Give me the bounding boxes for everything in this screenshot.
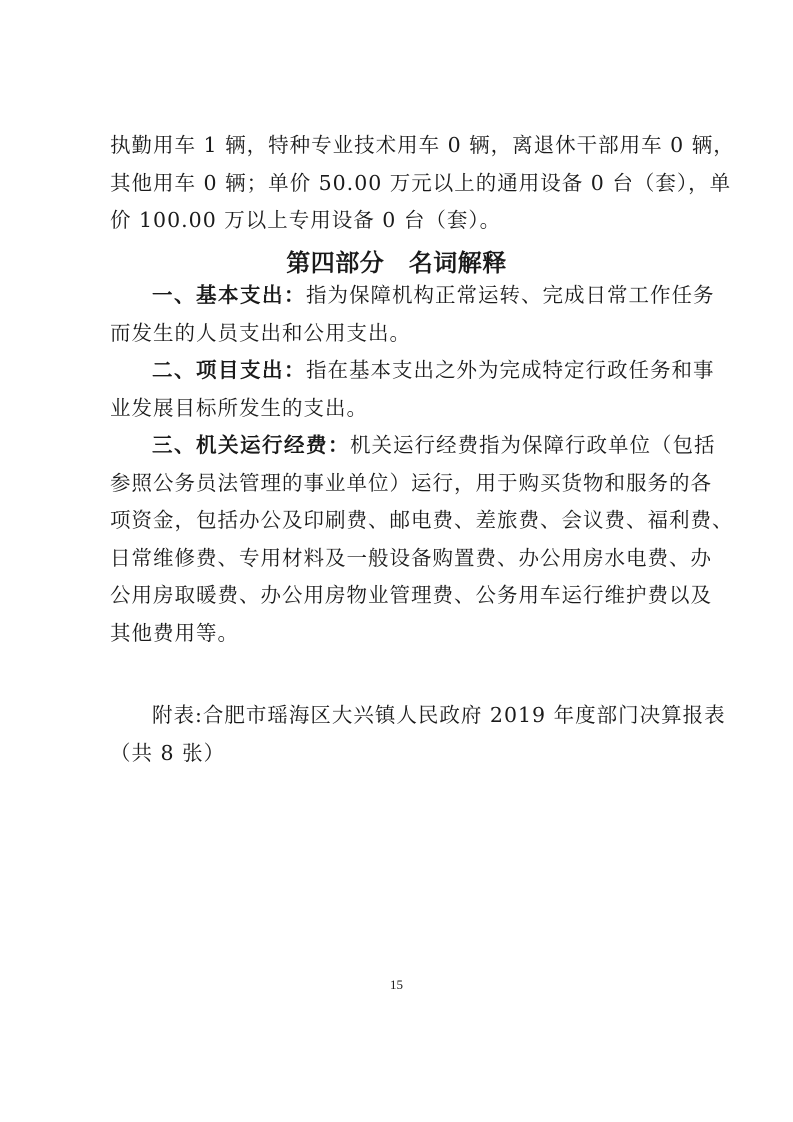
page-number: 15 bbox=[0, 976, 793, 994]
appendix-line: （共 8 张） bbox=[110, 735, 692, 773]
definition-line: 公用房取暖费、办公用房物业管理费、公务用车运行维护费以及 bbox=[110, 577, 692, 615]
paragraph-line: 价 100.00 万以上专用设备 0 台（套）。 bbox=[110, 202, 692, 240]
definition-basic-expenditure: 一、基本支出：指为保障机构正常运转、完成日常工作任务 而发生的人员支出和公用支出… bbox=[110, 277, 692, 352]
definition-operating-expenses: 三、机关运行经费：机关运行经费指为保障行政单位（包括 参照公务员法管理的事业单位… bbox=[110, 427, 692, 652]
document-page: 执勤用车 1 辆，特种专业技术用车 0 辆，离退休干部用车 0 辆， 其他用车 … bbox=[0, 0, 793, 1122]
appendix-note: 附表:合肥市瑶海区大兴镇人民政府 2019 年度部门决算报表 （共 8 张） bbox=[110, 697, 692, 772]
definition-line: 日常维修费、专用材料及一般设备购置费、办公用房水电费、办 bbox=[110, 540, 692, 578]
appendix-line: 附表:合肥市瑶海区大兴镇人民政府 2019 年度部门决算报表 bbox=[110, 697, 692, 735]
definition-term: 二、项目支出： bbox=[152, 358, 306, 382]
definition-first-line: 二、项目支出：指在基本支出之外为完成特定行政任务和事 bbox=[110, 352, 692, 390]
definition-first-line: 一、基本支出：指为保障机构正常运转、完成日常工作任务 bbox=[110, 277, 692, 315]
paragraph-line: 其他用车 0 辆；单价 50.00 万元以上的通用设备 0 台（套），单 bbox=[110, 165, 692, 203]
definition-first-line: 三、机关运行经费：机关运行经费指为保障行政单位（包括 bbox=[110, 427, 692, 465]
definition-line: 业发展目标所发生的支出。 bbox=[110, 390, 692, 428]
definition-line: 项资金，包括办公及印刷费、邮电费、差旅费、会议费、福利费、 bbox=[110, 502, 692, 540]
definition-line: 其他费用等。 bbox=[110, 615, 692, 653]
section-heading: 第四部分 名词解释 bbox=[0, 246, 793, 280]
definition-text: 指在基本支出之外为完成特定行政任务和事 bbox=[306, 358, 715, 382]
continuation-paragraph: 执勤用车 1 辆，特种专业技术用车 0 辆，离退休干部用车 0 辆， 其他用车 … bbox=[110, 127, 692, 240]
definition-line: 参照公务员法管理的事业单位）运行，用于购买货物和服务的各 bbox=[110, 465, 692, 503]
definition-line: 而发生的人员支出和公用支出。 bbox=[110, 315, 692, 353]
paragraph-line: 执勤用车 1 辆，特种专业技术用车 0 辆，离退休干部用车 0 辆， bbox=[110, 127, 692, 165]
definition-text: 机关运行经费指为保障行政单位（包括 bbox=[350, 433, 716, 457]
definition-term: 一、基本支出： bbox=[152, 283, 306, 307]
definition-project-expenditure: 二、项目支出：指在基本支出之外为完成特定行政任务和事 业发展目标所发生的支出。 bbox=[110, 352, 692, 427]
definition-text: 指为保障机构正常运转、完成日常工作任务 bbox=[306, 283, 715, 307]
definition-term: 三、机关运行经费： bbox=[152, 433, 350, 457]
